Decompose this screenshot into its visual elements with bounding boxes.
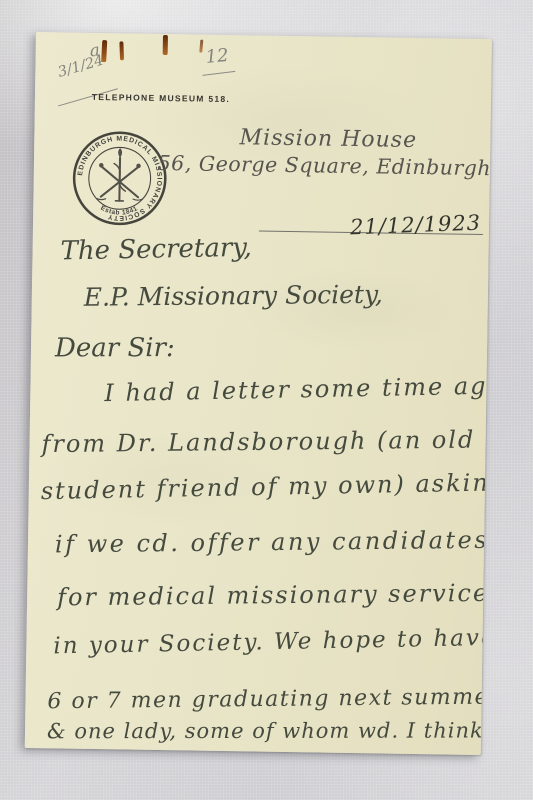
letterhead-house-name: Mission House [228,125,428,153]
rust-stain [163,35,168,55]
letter-line: The Secretary, [60,235,252,265]
date-rule-line: 21/12/1923 [259,202,483,236]
rust-stain [199,39,203,52]
letter-line: in your Society. We hope to have [53,627,492,659]
pencil-file-date: 3/1/24 [56,53,105,81]
letter-line: if we cd. offer any candidates [55,528,489,557]
letter-line: I had a letter some time ago [104,373,492,405]
rust-stain [119,41,124,60]
society-seal-icon: EDINBURGH MEDICAL MISSIONARY SOCIETY Est… [70,129,170,229]
letter-line: Dear Sir: [55,335,175,361]
rust-stain [101,40,107,62]
handwritten-date: 21/12/1923 [350,211,482,240]
letter-line: student friend of my own) asking [41,470,492,503]
letter-paper: a 3/1/24 12 TELEPHONE MUSEUM 518. EDINBU… [25,32,492,755]
letter-line: 6 or 7 men graduating next summer [47,687,492,714]
letter-line: from Dr. Landsborough (an old [41,428,475,457]
letterhead-telephone: TELEPHONE MUSEUM 518. [85,92,237,104]
pencil-file-number: 12 [205,45,230,68]
letter-line: for medical missionary service [57,581,489,610]
letterhead-address: 56, George Square, Edinburgh. [156,151,492,180]
seal-emblem-torches-serpent [97,148,143,202]
letter-line: & one lady, some of whom wd. I think [47,720,484,742]
letter-line: E.P. Missionary Society, [84,282,383,310]
photo-of-letter: a 3/1/24 12 TELEPHONE MUSEUM 518. EDINBU… [0,0,533,800]
pencil-underline [202,71,235,76]
